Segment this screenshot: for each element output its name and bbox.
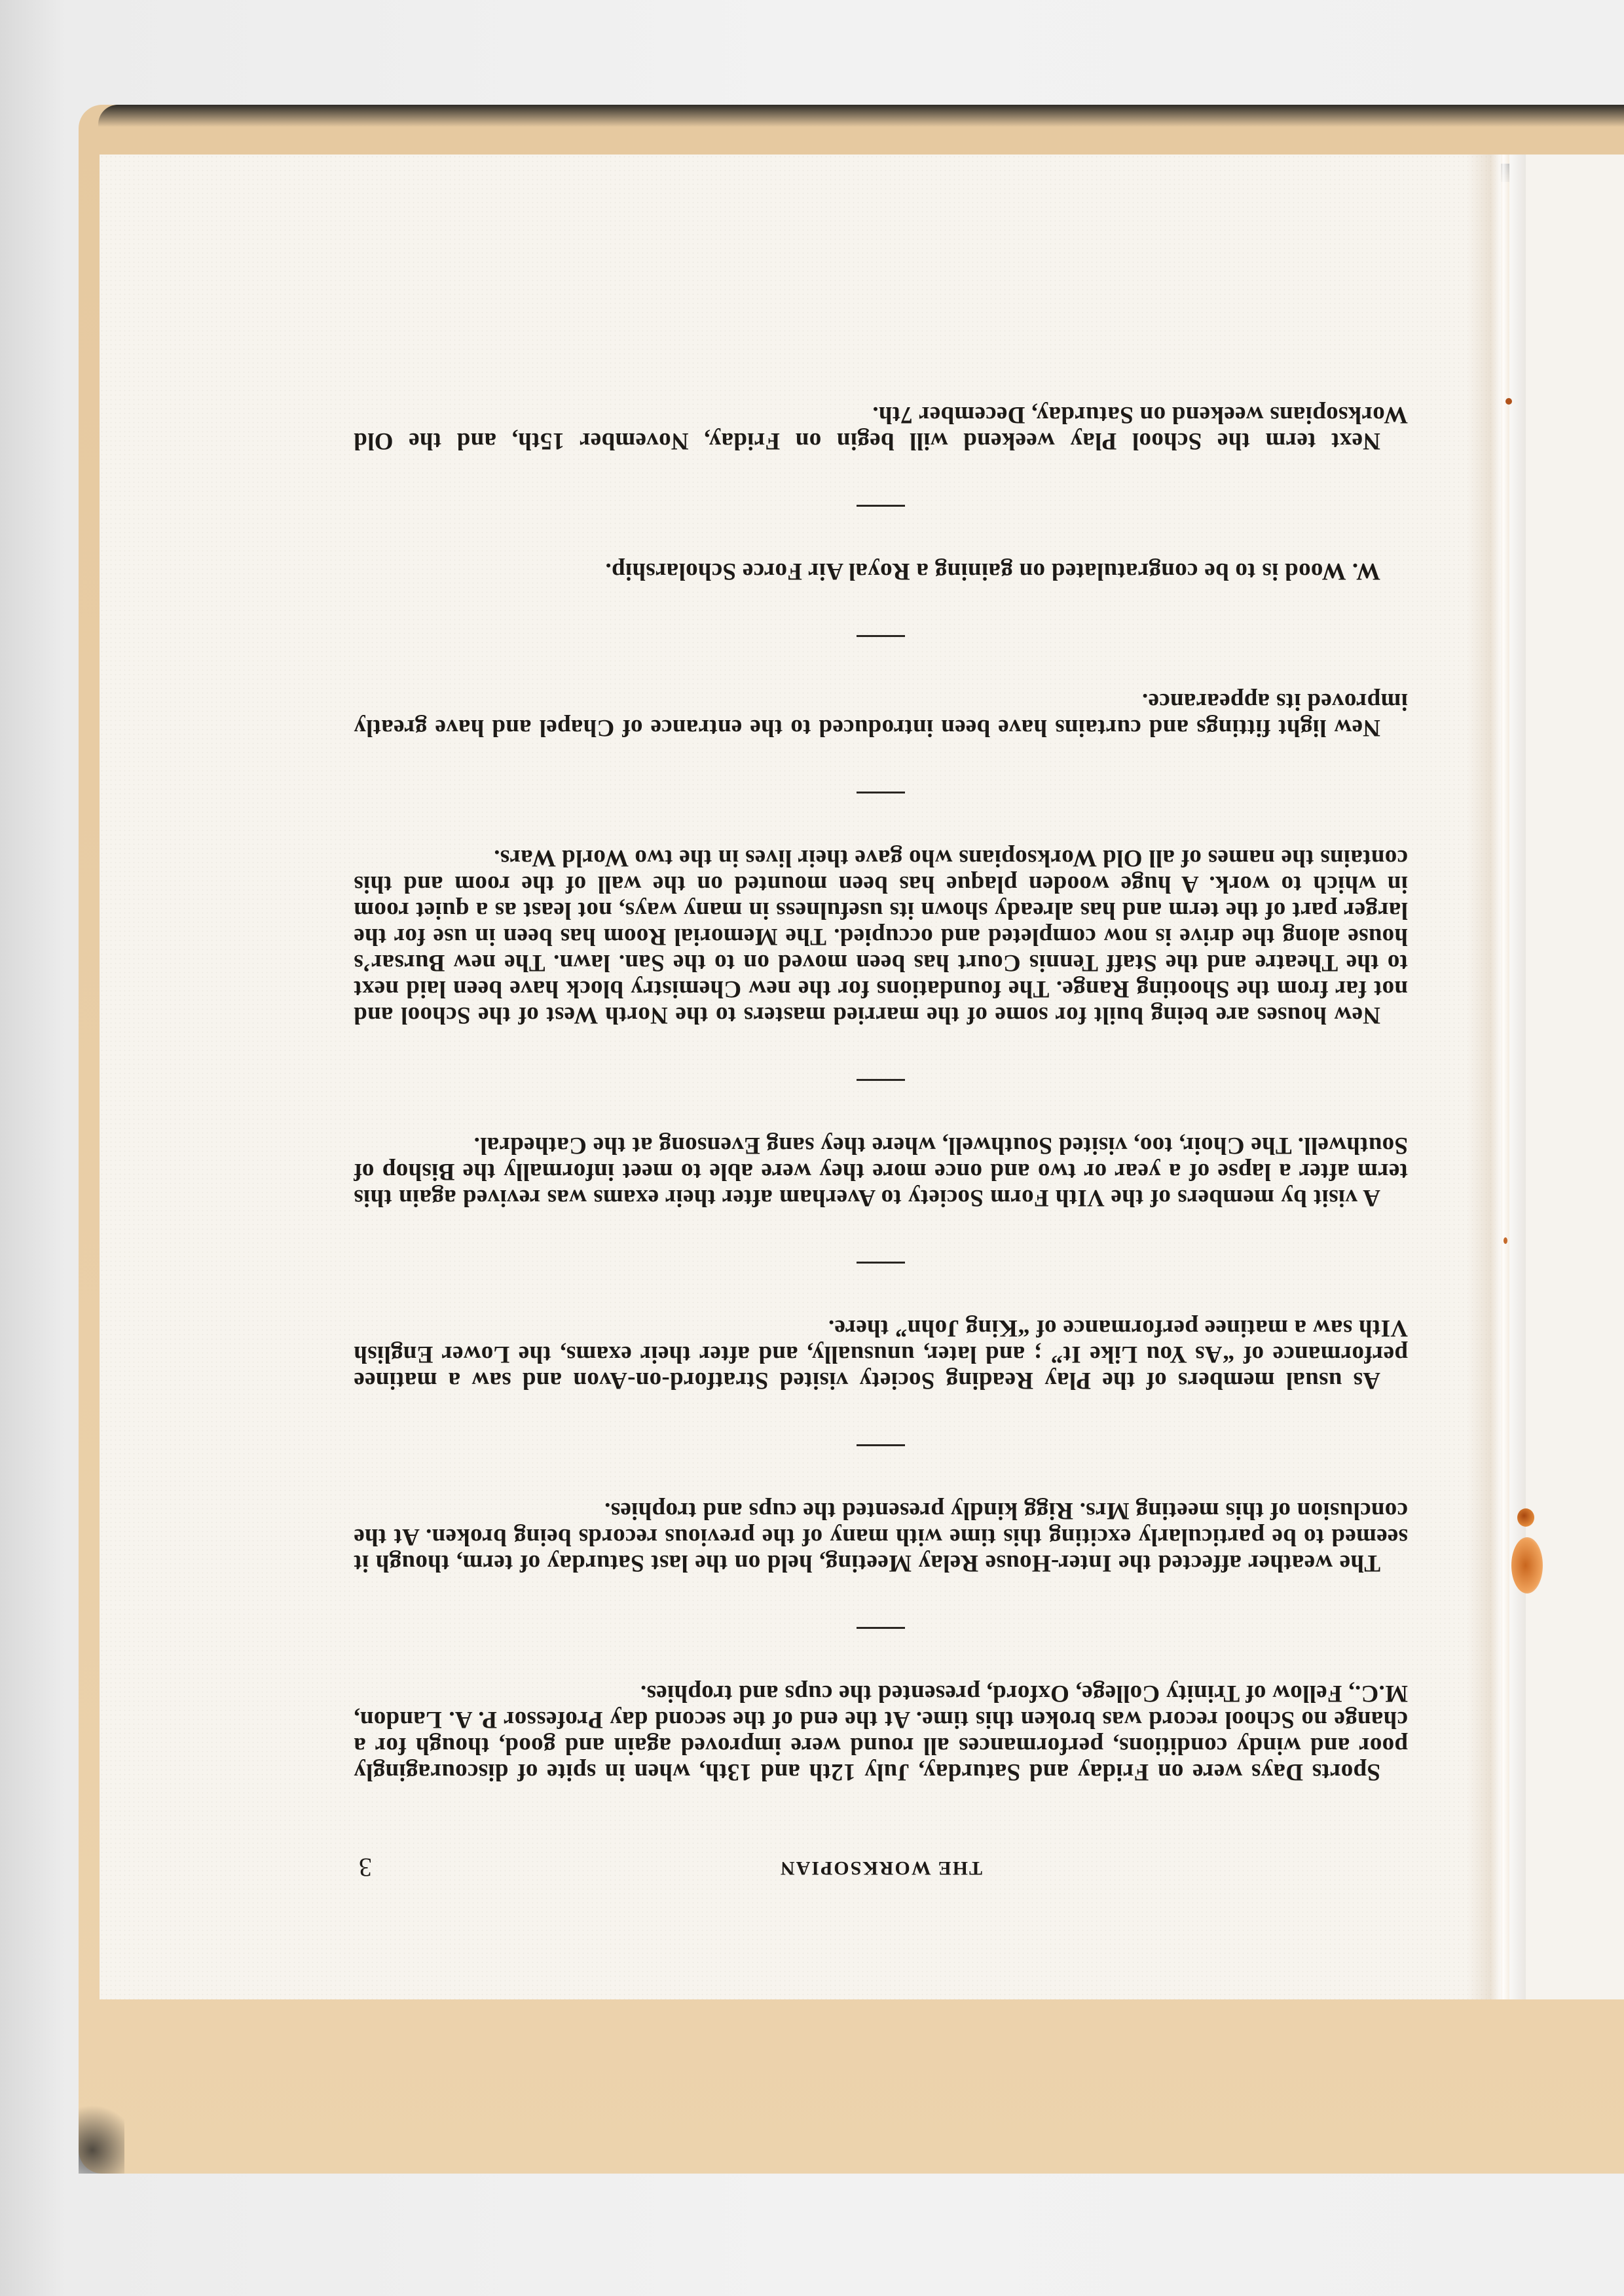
- rust-stain: [1511, 1537, 1543, 1594]
- section-separator: [857, 505, 905, 507]
- journal-title: THE WORKSOPIAN: [354, 1857, 1408, 1879]
- paragraph-sports-days: Sports Days were on Friday and Saturday,…: [354, 1680, 1408, 1785]
- section-separator: [857, 1262, 905, 1264]
- rust-stain: [1517, 1508, 1534, 1527]
- rust-spot: [1504, 1237, 1507, 1244]
- paragraph-vith-form-society: A visit by members of the VIth Form Soci…: [354, 1132, 1408, 1211]
- paragraph-raf-scholarship: W. Wood is to be congratulated on gainin…: [354, 558, 1408, 584]
- rust-spot: [1505, 398, 1512, 405]
- paragraph-next-term: Next term the School Play weekend will b…: [354, 401, 1408, 454]
- paragraph-relay-meeting: The weather affected the Inter-House Rel…: [354, 1497, 1408, 1576]
- page-number: 3: [359, 1852, 372, 1883]
- binding-gutter: [1467, 155, 1526, 1999]
- paragraph-chapel-fittings: New light fittings and curtains have bee…: [354, 688, 1408, 740]
- facing-page-edge: [1509, 155, 1624, 1999]
- running-head: THE WORKSOPIAN 3: [354, 1838, 1408, 1879]
- section-separator: [857, 1079, 905, 1081]
- section-separator: [857, 1444, 905, 1446]
- section-separator: [857, 635, 905, 637]
- page-content-rotated: THE WORKSOPIAN 3 Sports Days were on Fri…: [354, 401, 1408, 1879]
- paragraph-play-reading: As usual members of the Play Reading Soc…: [354, 1315, 1408, 1393]
- section-separator: [857, 1627, 905, 1629]
- section-separator: [857, 792, 905, 793]
- paragraph-new-houses: New houses are being built for some of t…: [354, 845, 1408, 1028]
